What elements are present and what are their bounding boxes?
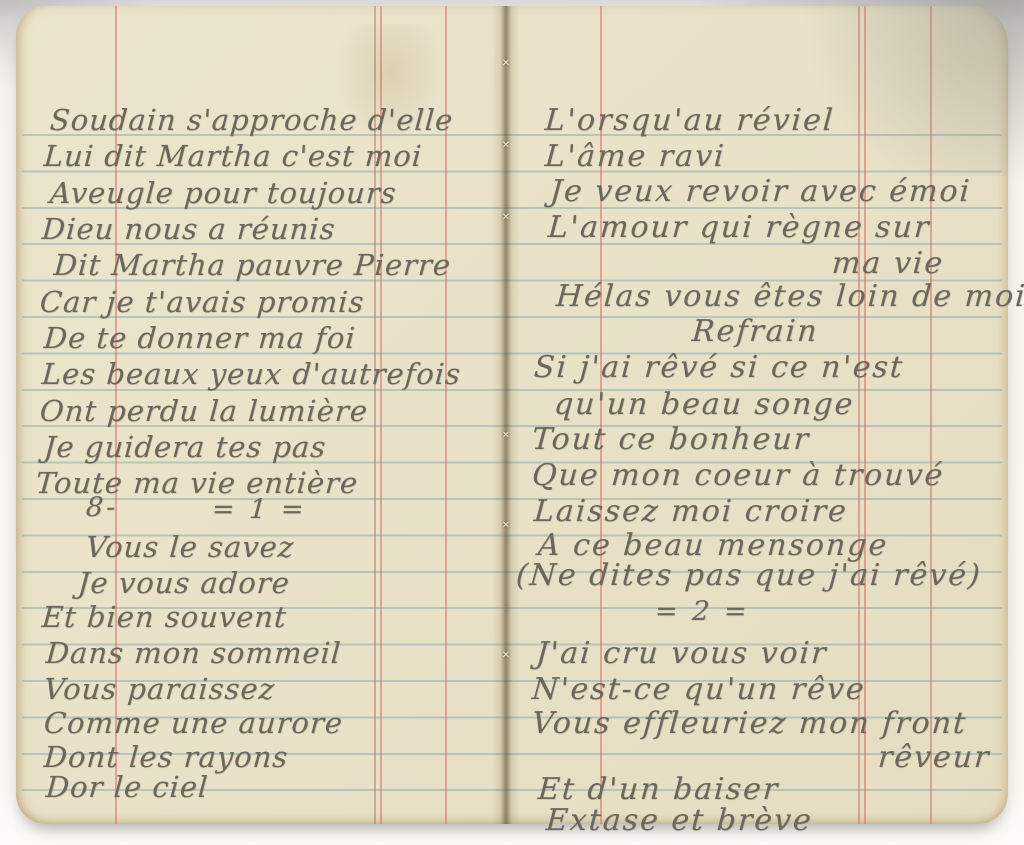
scanned-notebook-photo: ✕ ✕ ✕ ✕ ✕ ✕ Soudain s'approche d'elle Lu… [0, 0, 1024, 845]
handwritten-line: (Ne dites pas que j'ai rêvé) [515, 558, 983, 593]
handwritten-line: Les beaux yeux d'autrefois [41, 357, 463, 391]
couplet-marker: = 1 = [211, 494, 308, 525]
handwritten-line: Extase et brève [545, 803, 814, 838]
handwritten-line: Car je t'avais promis [39, 285, 366, 319]
handwritten-line: Hélas vous êtes loin de moi [555, 279, 1024, 314]
handwritten-line: ma vie [831, 246, 946, 281]
handwritten-line: Vous le savez [85, 530, 296, 564]
handwritten-line: Lui dit Martha c'est moi [43, 139, 424, 173]
handwritten-line: Vous effleuriez mon front [531, 706, 969, 741]
handwritten-line: Tout ce bonheur [531, 422, 812, 457]
refrain-heading: Refrain [691, 314, 820, 349]
handwritten-line: Vous paraissez [43, 672, 276, 706]
handwritten-line: J'ai cru vous voir [535, 636, 829, 671]
handwritten-line: Et d'un baiser [537, 772, 781, 807]
handwritten-line: N'est-ce qu'un rêve [531, 672, 867, 707]
handwritten-line: Comme une aurore [43, 706, 344, 740]
handwritten-line: Aveugle pour toujours [49, 176, 398, 210]
handwritten-line: rêveur [877, 740, 992, 775]
handwriting-layer: Soudain s'approche d'elle Lui dit Martha… [0, 0, 1024, 845]
handwritten-line: Ont perdu la lumière [39, 394, 369, 428]
handwritten-line: Dit Martha pauvre Pierre [53, 248, 452, 282]
handwritten-line: Dor le ciel [45, 770, 210, 804]
handwritten-line: Et bien souvent [41, 600, 288, 634]
handwritten-line: Dieu nous a réunis [41, 212, 337, 246]
handwritten-line: Dont les rayons [43, 740, 290, 774]
handwritten-line: L'amour qui règne sur [547, 210, 932, 245]
handwritten-line: Dans mon sommeil [45, 636, 343, 670]
handwritten-line: Je guidera tes pas [43, 430, 328, 464]
handwritten-line: L'âme ravi [544, 139, 727, 174]
handwritten-line: De te donner ma foi [43, 321, 357, 355]
handwritten-line: L'orsqu'au réviel [544, 103, 836, 138]
handwritten-line: Je vous adore [77, 566, 291, 600]
handwritten-line: Laissez moi croire [533, 494, 849, 529]
couplet-marker: = 2 = [654, 596, 751, 627]
handwritten-line: Que mon coeur à trouvé [531, 458, 946, 493]
handwritten-line: Je veux revoir avec émoi [549, 174, 973, 209]
handwritten-line: Toute ma vie entière [35, 466, 360, 500]
page-number: 8- [85, 492, 119, 523]
handwritten-line: qu'un beau songe [553, 387, 856, 422]
handwritten-line: Si j'ai rêvé si ce n'est [533, 350, 905, 385]
handwritten-line: Soudain s'approche d'elle [49, 103, 455, 137]
